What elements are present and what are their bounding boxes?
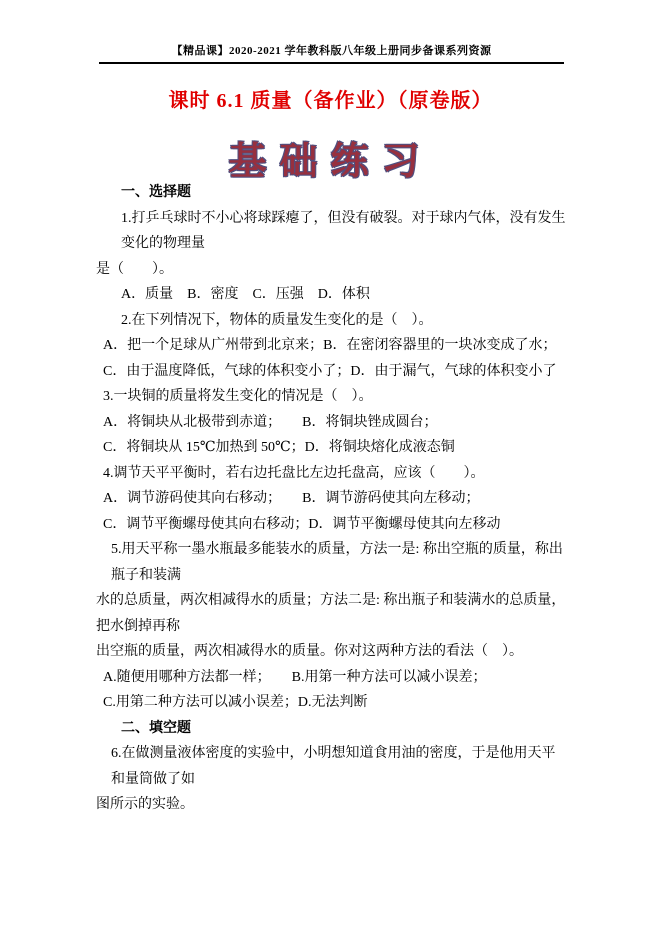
- option-row: C．调节平衡螺母使其向右移动；D．调节平衡螺母使其向左移动: [96, 512, 568, 538]
- lesson-title: 课时 6.1 质量（备作业）（原卷版）: [0, 84, 661, 113]
- document-body: 一、选择题1.打乒乓球时不小心将球踩瘪了，但没有破裂。对于球内气体，没有发生变化…: [96, 180, 568, 818]
- option-row: C．由于温度降低，气球的体积变小了；D．由于漏气，气球的体积变小了: [96, 359, 568, 385]
- option-row: A．将铜块从北极带到赤道； B．将铜块锉成圆台；: [96, 410, 568, 436]
- option-row: A．质量 B．密度 C．压强 D．体积: [96, 282, 568, 308]
- section-heading: 二、填空题: [96, 716, 568, 742]
- option-row: A．调节游码使其向右移动； B．调节游码使其向左移动；: [96, 486, 568, 512]
- option-row: A.随便用哪种方法都一样； B.用第一种方法可以减小误差；: [96, 665, 568, 691]
- section-banner: 基础练习: [0, 130, 661, 185]
- option-row: C.用第二种方法可以减小误差；D.无法判断: [96, 690, 568, 716]
- question-text: 3.一块铜的质量将发生变化的情况是（ ）。: [96, 384, 568, 410]
- question-text: 5.用天平称一墨水瓶最多能装水的质量，方法一是: 称出空瓶的质量，称出瓶子和装满: [96, 537, 568, 588]
- option-row: A．把一个足球从广州带到北京来；B．在密闭容器里的一块冰变成了水；: [96, 333, 568, 359]
- text-line: 出空瓶的质量，两次相减得水的质量。你对这两种方法的看法（ ）。: [96, 639, 568, 665]
- worksheet-page: 【精品课】2020-2021 学年教科版八年级上册同步备课系列资源 课时 6.1…: [0, 0, 661, 935]
- section-heading: 一、选择题: [96, 180, 568, 206]
- header-text: 【精品课】2020-2021 学年教科版八年级上册同步备课系列资源: [172, 45, 492, 57]
- option-row: C．将铜块从 15℃加热到 50℃；D．将铜块熔化成液态铜: [96, 435, 568, 461]
- text-line: 是（ ）。: [96, 257, 568, 283]
- text-line: 图所示的实验。: [96, 792, 568, 818]
- document-header: 【精品课】2020-2021 学年教科版八年级上册同步备课系列资源: [99, 42, 564, 64]
- question-text: 6.在做测量液体密度的实验中，小明想知道食用油的密度，于是他用天平和量筒做了如: [96, 741, 568, 792]
- question-text: 1.打乒乓球时不小心将球踩瘪了，但没有破裂。对于球内气体，没有发生变化的物理量: [96, 206, 568, 257]
- text-line: 水的总质量，两次相减得水的质量；方法二是: 称出瓶子和装满水的总质量，把水倒掉再…: [96, 588, 568, 639]
- question-text: 4.调节天平平衡时，若右边托盘比左边托盘高，应该（ ）。: [96, 461, 568, 487]
- question-text: 2.在下列情况下，物体的质量发生变化的是（ ）。: [96, 308, 568, 334]
